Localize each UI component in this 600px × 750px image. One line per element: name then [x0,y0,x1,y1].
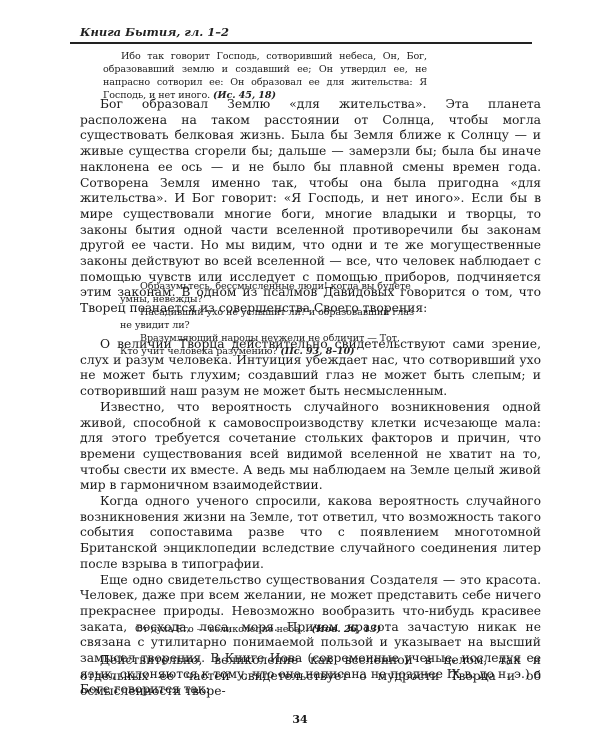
quote-text: От духа Его — великолепие неба... [135,624,309,635]
paragraph: Действительно, великолепие как вселенной… [80,653,541,700]
body-text-3: Действительно, великолепие как вселенной… [80,653,541,700]
quote-line: Насадивший ухо не услышит ли? и образова… [120,306,420,332]
quote-reference: (Иов. 26, 13) [311,624,381,635]
paragraph: Когда одного ученого спросили, какова ве… [80,494,541,573]
paragraph: О величии Творца действительно свидетель… [80,337,541,400]
running-head: Книга Бытия, гл. 1–2 [80,25,229,39]
paragraph: Известно, что вероятность случайного воз… [80,400,541,494]
scripture-quote-isaiah: Ибо так говорит Господь, сотворивший неб… [103,50,427,102]
body-text-2: О величии Творца действительно свидетель… [80,337,541,698]
page-number: 34 [0,713,600,726]
header-rule [70,42,532,44]
book-page: Книга Бытия, гл. 1–2 Ибо так говорит Гос… [0,0,600,750]
scripture-quote-job: От духа Его — великолепие неба... (Иов. … [135,623,381,636]
quote-line: Образумьтесь, бессмысленные люди! когда … [120,280,420,306]
